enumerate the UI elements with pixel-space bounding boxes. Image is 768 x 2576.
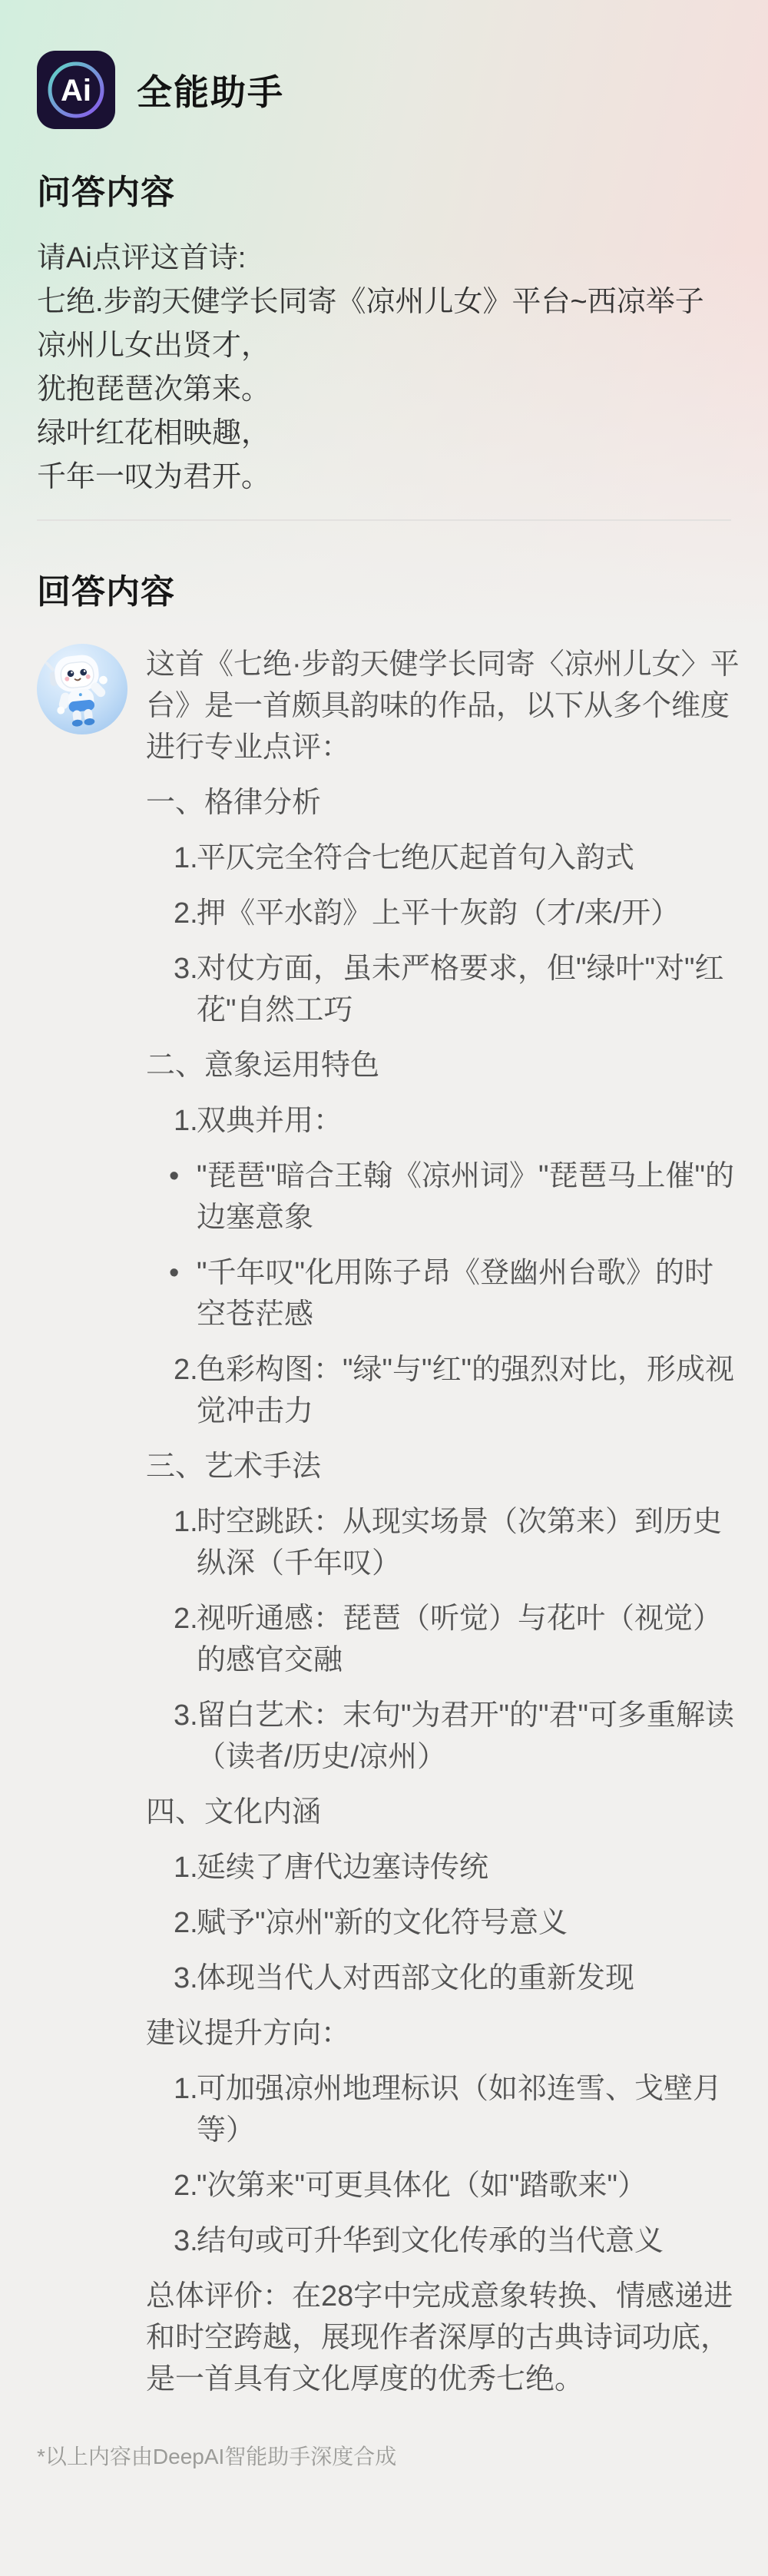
answer-numbered-item: 3.体现当代人对西部文化的重新发现 — [146, 1958, 740, 1999]
question-line: 绿叶红花相映趣， — [37, 412, 740, 456]
item-number: 3. — [174, 948, 197, 1031]
robot-icon — [37, 644, 127, 734]
answer-section-heading: 三、艺术手法 — [146, 1446, 740, 1487]
question-content: 请Ai点评这首诗:七绝.步韵天健学长同寄《凉州儿女》平台~西凉举子凉州儿女出贤才… — [37, 237, 740, 499]
answer-bullet-item: •"千年叹"化用陈子昂《登幽州台歌》的时空苍茫感 — [146, 1252, 740, 1335]
item-text: "次第来"可更具体化（如"踏歌来"） — [197, 2165, 740, 2206]
answer-numbered-item: 2."次第来"可更具体化（如"踏歌来"） — [146, 2165, 740, 2206]
question-line: 凉州儿女出贤才， — [37, 324, 740, 368]
item-text: 结句或可升华到文化传承的当代意义 — [197, 2220, 740, 2262]
item-number: 2. — [174, 1349, 197, 1432]
section-divider — [37, 519, 731, 521]
item-text: 赋予"凉州"新的文化符号意义 — [197, 1902, 740, 1944]
item-number: 2. — [174, 893, 197, 934]
item-text: 押《平水韵》上平十灰韵（才/来/开） — [197, 893, 740, 934]
question-line: 七绝.步韵天健学长同寄《凉州儿女》平台~西凉举子 — [37, 280, 740, 324]
item-number: 2. — [174, 1902, 197, 1944]
item-text: 延续了唐代边塞诗传统 — [197, 1847, 740, 1888]
answer-numbered-item: 2.押《平水韵》上平十灰韵（才/来/开） — [146, 893, 740, 934]
answer-numbered-item: 1.可加强凉州地理标识（如祁连雪、戈壁月等） — [146, 2068, 740, 2151]
answer-numbered-item: 3.对仗方面，虽未严格要求，但"绿叶"对"红花"自然工巧 — [146, 948, 740, 1031]
item-number: 3. — [174, 1695, 197, 1778]
answer-section-heading: 四、文化内涵 — [146, 1792, 740, 1833]
item-number: 2. — [174, 1598, 197, 1681]
app-title: 全能助手 — [137, 65, 284, 115]
item-text: 双典并用： — [197, 1100, 740, 1142]
answer-numbered-item: 2.赋予"凉州"新的文化符号意义 — [146, 1902, 740, 1944]
answer-numbered-item: 3.结句或可升华到文化传承的当代意义 — [146, 2220, 740, 2262]
question-line: 犹抱琵琶次第来。 — [37, 368, 740, 412]
question-line: 请Ai点评这首诗: — [37, 237, 740, 280]
item-text: 视听通感：琵琶（听觉）与花叶（视觉）的感官交融 — [197, 1598, 740, 1681]
answer-numbered-item: 3.留白艺术：末句"为君开"的"君"可多重解读（读者/历史/凉州） — [146, 1695, 740, 1778]
item-text: 对仗方面，虽未严格要求，但"绿叶"对"红花"自然工巧 — [197, 948, 740, 1031]
answer-section-title: 回答内容 — [37, 564, 740, 613]
share-card: Ai 全能助手 问答内容 请Ai点评这首诗:七绝.步韵天健学长同寄《凉州儿女》平… — [0, 0, 768, 2576]
item-number: 1. — [174, 1100, 197, 1142]
ai-badge-icon: Ai — [37, 51, 115, 129]
assistant-avatar — [37, 644, 127, 734]
item-number: 3. — [174, 1958, 197, 1999]
item-text: "千年叹"化用陈子昂《登幽州台歌》的时空苍茫感 — [197, 1252, 740, 1335]
item-number: 3. — [174, 2220, 197, 2262]
disclaimer-text: *以上内容由DeepAI智能助手深度合成 — [37, 2440, 740, 2471]
answer-content: 这首《七绝·步韵天健学长同寄〈凉州儿女〉平台》是一首颇具韵味的作品，以下从多个维… — [146, 644, 740, 2414]
answer-paragraph: 总体评价：在28字中完成意象转换、情感递进和时空跨越，展现作者深厚的古典诗词功底… — [146, 2276, 740, 2400]
item-text: "琵琶"暗合王翰《凉州词》"琵琶马上催"的边塞意象 — [197, 1155, 740, 1238]
answer-numbered-item: 1.平仄完全符合七绝仄起首句入韵式 — [146, 837, 740, 879]
answer-intro: 这首《七绝·步韵天健学长同寄〈凉州儿女〉平台》是一首颇具韵味的作品，以下从多个维… — [146, 644, 740, 768]
answer-numbered-item: 2.色彩构图："绿"与"红"的强烈对比，形成视觉冲击力 — [146, 1349, 740, 1432]
answer-bullet-item: •"琵琶"暗合王翰《凉州词》"琵琶马上催"的边塞意象 — [146, 1155, 740, 1238]
answer-section-heading: 一、格律分析 — [146, 782, 740, 824]
question-line: 千年一叹为君开。 — [37, 456, 740, 499]
answer-numbered-item: 1.延续了唐代边塞诗传统 — [146, 1847, 740, 1888]
item-number: 1. — [174, 2068, 197, 2151]
item-number: 2. — [174, 2165, 197, 2206]
ai-badge-svg: Ai — [37, 51, 115, 129]
answer-section-heading: 二、意象运用特色 — [146, 1045, 740, 1086]
answer-numbered-item: 1.时空跳跃：从现实场景（次第来）到历史纵深（千年叹） — [146, 1501, 740, 1584]
item-text: 留白艺术：末句"为君开"的"君"可多重解读（读者/历史/凉州） — [197, 1695, 740, 1778]
item-text: 色彩构图："绿"与"红"的强烈对比，形成视觉冲击力 — [197, 1349, 740, 1432]
answer-numbered-item: 2.视听通感：琵琶（听觉）与花叶（视觉）的感官交融 — [146, 1598, 740, 1681]
bullet-dot-icon: • — [169, 1155, 197, 1238]
answer-section-heading: 建议提升方向： — [146, 2013, 740, 2054]
question-section-title: 问答内容 — [37, 164, 740, 214]
card-content: Ai 全能助手 问答内容 请Ai点评这首诗:七绝.步韵天健学长同寄《凉州儿女》平… — [0, 0, 768, 2471]
item-number: 1. — [174, 1847, 197, 1888]
item-text: 时空跳跃：从现实场景（次第来）到历史纵深（千年叹） — [197, 1501, 740, 1584]
answer-row: 这首《七绝·步韵天健学长同寄〈凉州儿女〉平台》是一首颇具韵味的作品，以下从多个维… — [37, 644, 740, 2414]
item-number: 1. — [174, 1501, 197, 1584]
bullet-dot-icon: • — [169, 1252, 197, 1335]
app-header: Ai 全能助手 — [37, 51, 740, 129]
item-number: 1. — [174, 837, 197, 879]
logo-text: Ai — [61, 74, 91, 108]
item-text: 平仄完全符合七绝仄起首句入韵式 — [197, 837, 740, 879]
item-text: 可加强凉州地理标识（如祁连雪、戈壁月等） — [197, 2068, 740, 2151]
item-text: 体现当代人对西部文化的重新发现 — [197, 1958, 740, 1999]
answer-blocks: 一、格律分析1.平仄完全符合七绝仄起首句入韵式2.押《平水韵》上平十灰韵（才/来… — [146, 782, 740, 2400]
answer-numbered-item: 1.双典并用： — [146, 1100, 740, 1142]
